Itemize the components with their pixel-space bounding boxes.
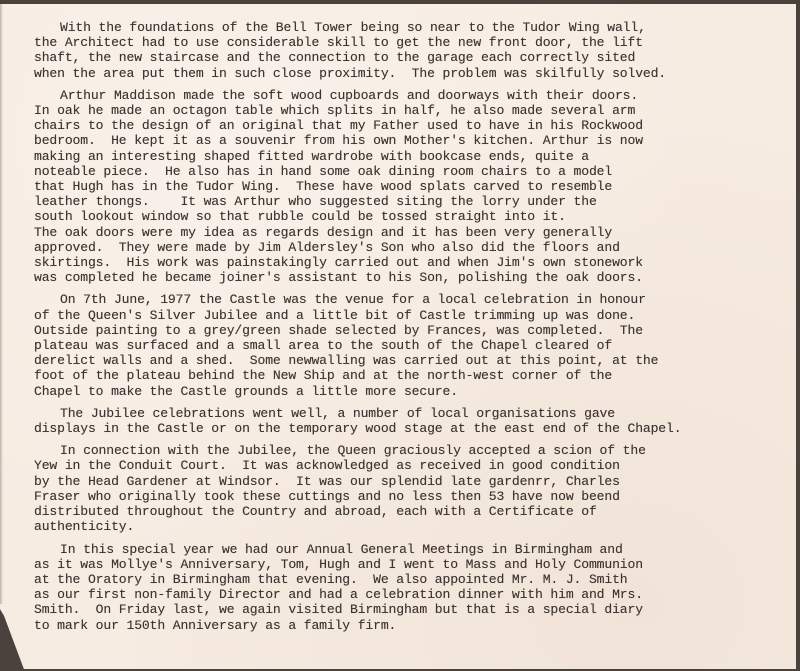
text-line: bedroom. He kept it as a souvenir from h… <box>34 133 794 148</box>
text-line: Yew in the Conduit Court. It was acknowl… <box>34 458 794 473</box>
text-line: derelict walls and a shed. Some newwalli… <box>34 353 794 368</box>
text-line: leather thongs. It was Arthur who sugges… <box>34 194 794 209</box>
text-line: authenticity. <box>34 519 794 534</box>
text-line: was completed he became joiner's assista… <box>34 270 794 285</box>
paragraph-annual-meetings: In this special year we had our Annual G… <box>34 542 794 633</box>
scanned-page: With the foundations of the Bell Tower b… <box>0 4 796 669</box>
text-line: that Hugh has in the Tudor Wing. These h… <box>34 179 794 194</box>
text-line: Arthur Maddison made the soft wood cupbo… <box>34 88 794 103</box>
text-line: to mark our 150th Anniversary as a famil… <box>34 618 794 633</box>
text-line: shaft, the new staircase and the connect… <box>34 50 794 65</box>
text-line: The Jubilee celebrations went well, a nu… <box>34 406 794 421</box>
paragraph-silver-jubilee: On 7th June, 1977 the Castle was the ven… <box>34 292 794 398</box>
paragraph-bell-tower: With the foundations of the Bell Tower b… <box>34 20 794 81</box>
text-line: of the Queen's Silver Jubilee and a litt… <box>34 308 794 323</box>
typewritten-text: With the foundations of the Bell Tower b… <box>34 20 794 640</box>
text-line: In this special year we had our Annual G… <box>34 542 794 557</box>
text-line: noteable piece. He also has in hand some… <box>34 164 794 179</box>
text-line: south lookout window so that rubble coul… <box>34 209 794 224</box>
text-line: With the foundations of the Bell Tower b… <box>34 20 794 35</box>
text-line: as it was Mollye's Anniversary, Tom, Hug… <box>34 557 794 572</box>
text-line: making an interesting shaped fitted ward… <box>34 149 794 164</box>
text-line: displays in the Castle or on the tempora… <box>34 421 794 436</box>
text-line: approved. They were made by Jim Aldersle… <box>34 240 794 255</box>
text-line: In connection with the Jubilee, the Quee… <box>34 443 794 458</box>
text-line: chairs to the design of an original that… <box>34 118 794 133</box>
text-line: by the Head Gardener at Windsor. It was … <box>34 474 794 489</box>
paragraph-arthur-maddison: Arthur Maddison made the soft wood cupbo… <box>34 88 794 286</box>
text-line: as our first non-family Director and had… <box>34 587 794 602</box>
text-line: In oak he made an octagon table which sp… <box>34 103 794 118</box>
text-line: The oak doors were my idea as regards de… <box>34 225 794 240</box>
text-line: Fraser who originally took these cutting… <box>34 489 794 504</box>
text-line: On 7th June, 1977 the Castle was the ven… <box>34 292 794 307</box>
text-line: Outside painting to a grey/green shade s… <box>34 323 794 338</box>
text-line: Chapel to make the Castle grounds a litt… <box>34 384 794 399</box>
page-edge-shadow <box>0 4 3 604</box>
text-line: when the area put them in such close pro… <box>34 66 794 81</box>
text-line: the Architect had to use considerable sk… <box>34 35 794 50</box>
paragraph-jubilee-celebrations: The Jubilee celebrations went well, a nu… <box>34 406 794 436</box>
paragraph-yew-scion: In connection with the Jubilee, the Quee… <box>34 443 794 534</box>
text-line: Smith. On Friday last, we again visited … <box>34 602 794 617</box>
text-line: skirtings. His work was painstakingly ca… <box>34 255 794 270</box>
text-line: foot of the plateau behind the New Ship … <box>34 368 794 383</box>
text-line: plateau was surfaced and a small area to… <box>34 338 794 353</box>
text-line: distributed throughout the Country and a… <box>34 504 794 519</box>
text-line: at the Oratory in Birmingham that evenin… <box>34 572 794 587</box>
